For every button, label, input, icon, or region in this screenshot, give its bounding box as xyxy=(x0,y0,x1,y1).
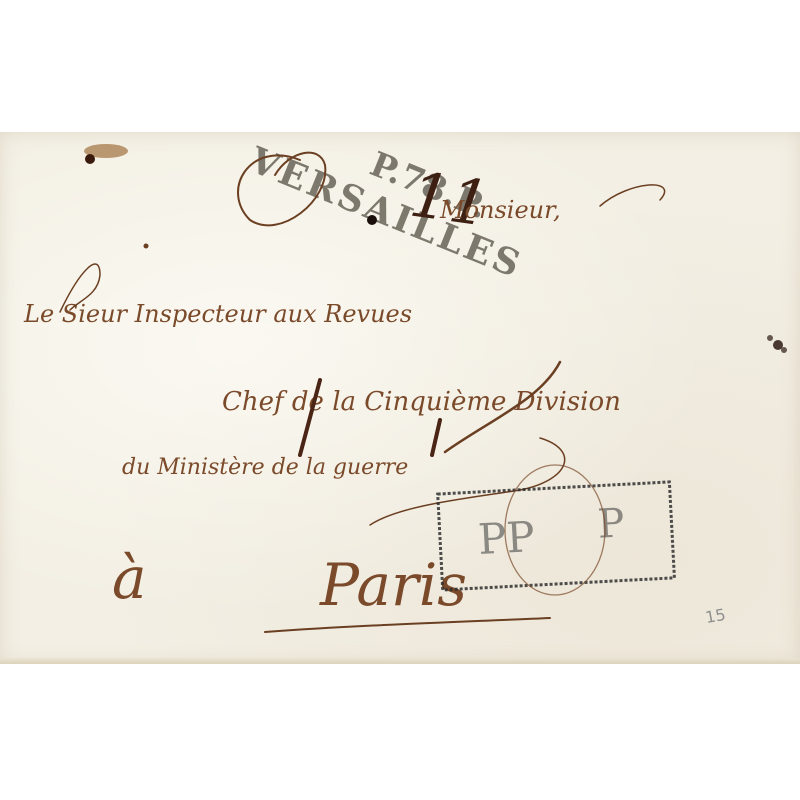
ink-dot xyxy=(367,215,377,225)
address-city: Paris xyxy=(319,551,467,619)
ink-blot-right xyxy=(767,335,787,353)
address-line-inspecteur: Le Sieur Inspecteur aux Revues xyxy=(23,300,412,328)
address-line-chef: Chef de la Cinquième Division xyxy=(222,387,621,417)
address-line-ministere: du Ministère de la guerre xyxy=(122,455,408,480)
pencil-mark: 15 xyxy=(704,605,727,627)
boxed-stamp-frame xyxy=(438,482,675,590)
boxed-stamp-text: PP xyxy=(477,512,536,564)
boxed-stamp-sub: P xyxy=(596,500,625,547)
ministere-flourish xyxy=(370,438,565,525)
address-line-monsieur: Monsieur, xyxy=(439,196,561,224)
manuscript-stroke-2 xyxy=(432,420,440,455)
boxed-pp-postmark: PP P xyxy=(438,482,675,590)
versailles-postmark: P.78.P. VERSAILLES xyxy=(243,102,544,287)
address-prefix: à xyxy=(112,544,147,612)
letter-artwork: P.78.P. VERSAILLES 11 Monsieur, Le Sieur… xyxy=(0,0,800,800)
ink-stain-top-left xyxy=(84,144,149,249)
monsieur-flourish xyxy=(600,185,665,206)
underline-flourish xyxy=(265,618,550,632)
